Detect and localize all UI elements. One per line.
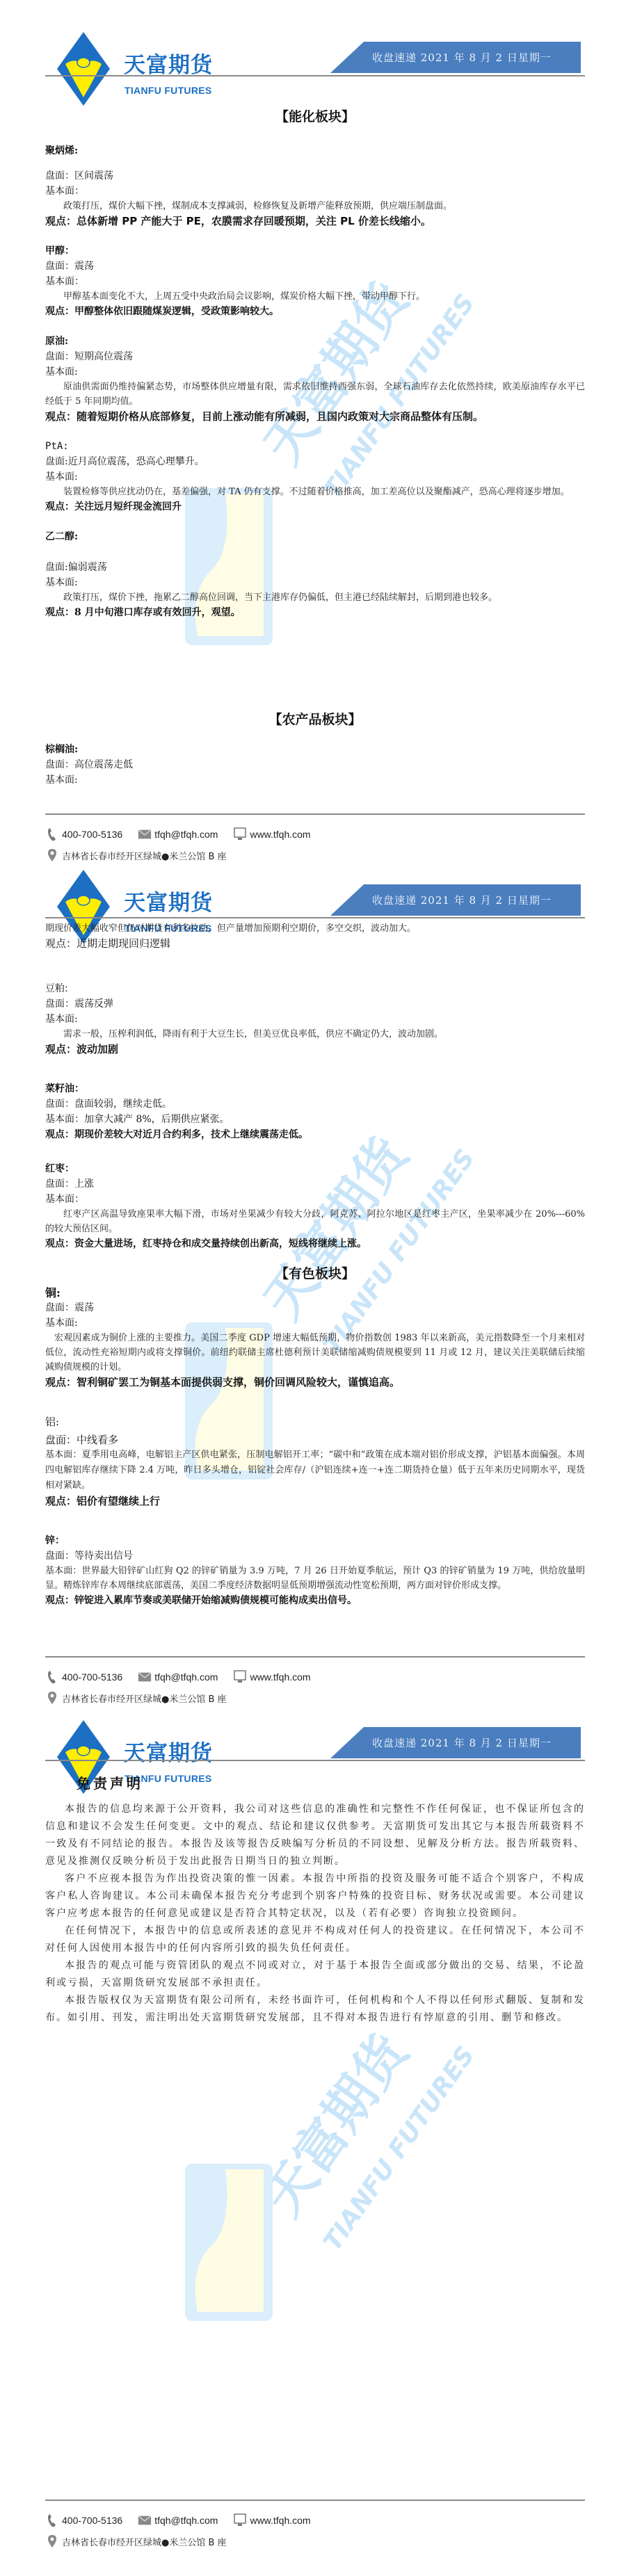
section-title-energy: 【能化板块】 <box>45 110 585 124</box>
fundamentals-label: 基本面: <box>45 772 585 788</box>
company-logo: 天富期货 TIANFU FUTURES <box>56 28 250 108</box>
watermark-logo-icon <box>184 2162 274 2322</box>
agri-section-start: 【农产品板块】 棕榈油: 盘面：高位震荡走低 基本面: <box>45 713 585 788</box>
market-trend: 盘面：上涨 <box>45 1176 585 1192</box>
watermark-en: TIANFU FUTURES <box>318 2041 480 2256</box>
commodity-name: 聚炳烯: <box>45 144 585 159</box>
market-trend: 盘面：等待卖出信号 <box>45 1548 585 1564</box>
fundamentals-text: 基本面：世界最大铅锌矿山红狗 Q2 的锌矿销量为 3.9 万吨，7 月 26 日… <box>45 1564 585 1593</box>
view-text: 观点：甲醇整体依旧跟随煤炭逻辑，受政策影响较大。 <box>45 304 585 319</box>
fundamentals-text: 宏观因素成为铜价上涨的主要推力。美国二季度 GDP 增速大幅低预期，物价指数创 … <box>45 1331 585 1375</box>
fundamentals-label: 基本面: <box>45 364 585 380</box>
logo-cn-text: 天富期货 <box>124 47 213 79</box>
logo-diamond-icon <box>56 31 111 107</box>
page-footer: 400-700-5136 tfqh@tfqh.com www.tfqh.com … <box>45 1656 585 1726</box>
commodity-rapeseed-oil: 菜籽油： 盘面：盘面较弱，继续走低。 基本面：加拿大减产 8%，后期供应紧张。 … <box>45 1082 585 1142</box>
view-text: 观点：波动加剧 <box>45 1042 585 1057</box>
market-trend: 盘面：盘面较弱，继续走低。 <box>45 1096 585 1112</box>
phone-icon <box>45 1670 59 1684</box>
market-trend: 盘面:偏弱震荡 <box>45 560 585 575</box>
monitor-icon <box>233 2513 247 2527</box>
footer-website[interactable]: www.tfqh.com <box>250 2515 310 2526</box>
energy-section: 【能化板块】 聚炳烯: 盘面：区间震荡 基本面： 政策打压，煤价大幅下挫，煤制成… <box>45 110 585 620</box>
view-text: 观点：资金大量进场，红枣持仓和成交量持续创出新高，短线将继续上涨。 <box>45 1236 585 1251</box>
commodity-crude-oil: 原油: 盘面：短期高位震荡 基本面: 原油供需面仍维持偏紧态势，市场整体供应增量… <box>45 334 585 424</box>
footer-address: 吉林省长春市经开区绿城●米兰公馆 B 座 <box>62 849 227 862</box>
footer-email[interactable]: tfqh@tfqh.com <box>154 2515 218 2526</box>
disclaimer-paragraph: 本报告版权仅为天富期货有限公司所有，未经书面许可，任何机构和个人不得以任何形式翻… <box>45 1992 585 2027</box>
fundamentals-text: 红枣产区高温导致座果率大幅下滑，市场对坐果减少有较大分歧，阿克苏、阿拉尔地区是红… <box>45 1207 585 1236</box>
fundamentals-text: 政策打压，煤价大幅下挫，煤制成本支撑减弱，检修恢复及新增产能释放预期，供应端压制… <box>45 199 585 213</box>
view-text: 观点：近期走期现回归逻辑 <box>45 936 585 951</box>
commodity-copper: 铜: 盘面：震荡 基本面: 宏观因素成为铜价上涨的主要推力。美国二季度 GDP … <box>45 1286 585 1390</box>
page-header: 天富期货 TIANFU FUTURES 收盘速递 2021 年 8 月 2 日星… <box>45 0 585 83</box>
commodity-methanol: 甲醇： 盘面：震荡 基本面： 甲醇基本面变化不大，上周五受中央政治局会议影响，煤… <box>45 244 585 319</box>
agri-section-continued: 期现价差大幅收窄但仍对期货有利多拉动，但产量增加预期利空期价，多空交织，波动加大… <box>45 921 585 1251</box>
monitor-icon <box>233 1670 247 1684</box>
email-icon <box>138 2513 152 2527</box>
footer-website[interactable]: www.tfqh.com <box>250 1671 310 1683</box>
email-icon <box>138 1670 152 1684</box>
view-text: 观点：智利铜矿罢工为铜基本面提供弱支撑，铜价回调风险较大，谨慎追高。 <box>45 1375 585 1390</box>
commodity-aluminum: 铝: 盘面：中线看多 基本面：夏季用电高峰，电解铝主产区供电紧张，压制电解铝开工… <box>45 1415 585 1509</box>
view-text: 观点：期现价差较大对近月合约利多，技术上继续震荡走低。 <box>45 1127 585 1142</box>
footer-email[interactable]: tfqh@tfqh.com <box>154 829 218 840</box>
commodity-name: 豆粕: <box>45 982 585 996</box>
section-title-agri: 【农产品板块】 <box>45 713 585 727</box>
footer-divider <box>45 813 585 815</box>
footer-phone[interactable]: 400-700-5136 <box>62 829 122 840</box>
commodity-name: 铝: <box>45 1415 585 1429</box>
footer-address: 吉林省长春市经开区绿城●米兰公馆 B 座 <box>62 1692 227 1705</box>
fundamentals-text: 期现价差大幅收窄但仍对期货有利多拉动，但产量增加预期利空期价，多空交织，波动加大… <box>45 921 585 936</box>
fundamentals-text: 需求一般，压榨利润低，降雨有利于大豆生长，但美豆优良率低，供应不确定仍大，波动加… <box>45 1027 585 1042</box>
fundamentals-text: 原油供需面仍维持偏紧态势，市场整体供应增量有限，需求依旧维持西强东弱，全球石油库… <box>45 380 585 409</box>
commodity-name: 原油: <box>45 334 585 349</box>
view-text: 观点：随着短期价格从底部修复，目前上涨动能有所减弱，且国内政策对大宗商品整体有压… <box>45 409 585 424</box>
section-title-metals: 【有色板块】 <box>45 1267 585 1281</box>
fundamentals-text: 基本面：加拿大减产 8%，后期供应紧张。 <box>45 1112 585 1127</box>
market-trend: 盘面：震荡 <box>45 259 585 274</box>
email-icon <box>138 827 152 841</box>
commodity-zinc: 锌： 盘面：等待卖出信号 基本面：世界最大铅锌矿山红狗 Q2 的锌矿销量为 3.… <box>45 1534 585 1608</box>
disclaimer-paragraph: 在任何情况下，本报告中的信息或所表述的意见并不构成对任何人的投资建议。在任何情况… <box>45 1922 585 1957</box>
commodity-red-dates: 红枣： 盘面：上涨 基本面： 红枣产区高温导致座果率大幅下滑，市场对坐果减少有较… <box>45 1162 585 1251</box>
market-trend: 盘面：震荡 <box>45 1300 585 1315</box>
metals-section: 【有色板块】 铜: 盘面：震荡 基本面: 宏观因素成为铜价上涨的主要推力。美国二… <box>45 1267 585 1608</box>
market-trend: 盘面：区间震荡 <box>45 168 585 184</box>
page-footer: 400-700-5136 tfqh@tfqh.com www.tfqh.com … <box>45 2500 585 2569</box>
banner-date-text: 收盘速递 2021 年 8 月 2 日星期一 <box>372 50 552 65</box>
commodity-pta: PtA: 盘面:近月高位震荡，恐高心理攀升。 基本面: 装置检修等供应扰动仍在，… <box>45 439 585 515</box>
market-trend: 盘面:近月高位震荡，恐高心理攀升。 <box>45 454 585 469</box>
header-divider <box>45 75 585 76</box>
logo-en-text: TIANFU FUTURES <box>125 85 212 96</box>
commodity-name: 锌： <box>45 1534 585 1548</box>
commodity-name: PtA: <box>45 439 585 454</box>
fundamentals-text: 政策打压，煤价下挫，拖累乙二醇高位回调，当下主港库存仍偏低，但主港已经陆续解封，… <box>45 590 585 605</box>
header-divider <box>45 1760 585 1761</box>
commodity-name: 甲醇： <box>45 244 585 259</box>
commodity-name: 铜: <box>45 1286 585 1300</box>
view-text: 观点：总体新增 PP 产能大于 PE，农膜需求存回暖预期，关注 PL 价差长线缩… <box>45 213 585 229</box>
fundamentals-text: 装置检修等供应扰动仍在，基差偏强，对 TA 仍有支撑。不过随着价格推高，加工差高… <box>45 485 585 499</box>
watermark-cn: 天富期货 <box>243 2017 422 2228</box>
footer-divider <box>45 1656 585 1658</box>
monitor-icon <box>233 827 247 841</box>
commodity-soybean-meal: 豆粕: 盘面：震荡反弹 基本面: 需求一般，压榨利润低，降雨有利于大豆生长，但美… <box>45 982 585 1057</box>
fundamentals-label: 基本面: <box>45 469 585 485</box>
commodity-name: 乙二醇: <box>45 530 585 544</box>
location-pin-icon <box>45 1691 59 1705</box>
phone-icon <box>45 2513 59 2527</box>
fundamentals-label: 基本面: <box>45 1012 585 1027</box>
footer-website[interactable]: www.tfqh.com <box>250 829 310 840</box>
fundamentals-text: 基本面：夏季用电高峰，电解铝主产区供电紧张，压制电解铝开工率；“碳中和”政策在成… <box>45 1448 585 1493</box>
fundamentals-label: 基本面: <box>45 575 585 590</box>
footer-address: 吉林省长春市经开区绿城●米兰公馆 B 座 <box>62 2535 227 2548</box>
view-text: 观点：锌锭进入累库节奏或美联储开始缩减购债规模可能构成卖出信号。 <box>45 1593 585 1608</box>
footer-email[interactable]: tfqh@tfqh.com <box>154 1671 218 1683</box>
date-banner: 收盘速递 2021 年 8 月 2 日星期一 <box>330 884 581 916</box>
commodity-polypropylene: 聚炳烯: 盘面：区间震荡 基本面： 政策打压，煤价大幅下挫，煤制成本支撑减弱，检… <box>45 144 585 229</box>
phone-icon <box>45 827 59 841</box>
location-pin-icon <box>45 2534 59 2548</box>
commodity-name: 棕榈油: <box>45 743 585 757</box>
commodity-name: 菜籽油： <box>45 1082 585 1096</box>
footer-divider <box>45 2500 585 2501</box>
banner-date-text: 收盘速递 2021 年 8 月 2 日星期一 <box>372 1735 552 1750</box>
footer-phone[interactable]: 400-700-5136 <box>62 2515 122 2526</box>
market-trend: 盘面：中线看多 <box>45 1432 585 1448</box>
commodity-palm-oil: 棕榈油: 盘面：高位震荡走低 基本面: <box>45 743 585 788</box>
fundamentals-label: 基本面： <box>45 184 585 199</box>
logo-cn-text: 天富期货 <box>124 1735 213 1767</box>
disclaimer-section: 免责声明 本报告的信息均来源于公开资料，我公司对这些信息的准确性和完整性不作任何… <box>45 1776 585 2027</box>
view-text: 观点：关注远月短纤现金流回升 <box>45 499 585 515</box>
fundamentals-label: 基本面: <box>45 1315 585 1331</box>
date-banner: 收盘速递 2021 年 8 月 2 日星期一 <box>330 42 581 73</box>
view-text: 观点：8 月中旬港口库存或有效回升，观望。 <box>45 605 585 620</box>
commodity-ethylene-glycol: 乙二醇: 盘面:偏弱震荡 基本面: 政策打压，煤价下挫，拖累乙二醇高位回调，当下… <box>45 530 585 620</box>
disclaimer-paragraph: 本报告的观点可能与资管团队的观点不同或对立，对于基于本报告全面或部分做出的交易、… <box>45 1957 585 1992</box>
logo-cn-text: 天富期货 <box>124 885 213 916</box>
disclaimer-paragraph: 客户不应视本报告为作出投资决策的惟一因素。本报告中所指的投资及服务可能不适合个别… <box>45 1870 585 1922</box>
market-trend: 盘面：高位震荡走低 <box>45 757 585 772</box>
banner-date-text: 收盘速递 2021 年 8 月 2 日星期一 <box>372 893 552 907</box>
disclaimer-paragraph: 本报告的信息均来源于公开资料，我公司对这些信息的准确性和完整性不作任何保证，也不… <box>45 1801 585 1870</box>
location-pin-icon <box>45 848 59 862</box>
header-divider <box>45 917 585 918</box>
footer-phone[interactable]: 400-700-5136 <box>62 1671 122 1683</box>
disclaimer-title: 免责声明 <box>77 1776 585 1791</box>
commodity-name: 红枣： <box>45 1162 585 1176</box>
fundamentals-text: 甲醇基本面变化不大，上周五受中央政治局会议影响，煤炭价格大幅下挫，带动甲醇下行。 <box>45 289 585 304</box>
view-text: 观点：铝价有望继续上行 <box>45 1493 585 1509</box>
fundamentals-label: 基本面： <box>45 274 585 289</box>
market-trend: 盘面：震荡反弹 <box>45 996 585 1012</box>
market-trend: 盘面：短期高位震荡 <box>45 349 585 364</box>
date-banner: 收盘速递 2021 年 8 月 2 日星期一 <box>330 1727 581 1758</box>
fundamentals-label: 基本面： <box>45 1192 585 1207</box>
